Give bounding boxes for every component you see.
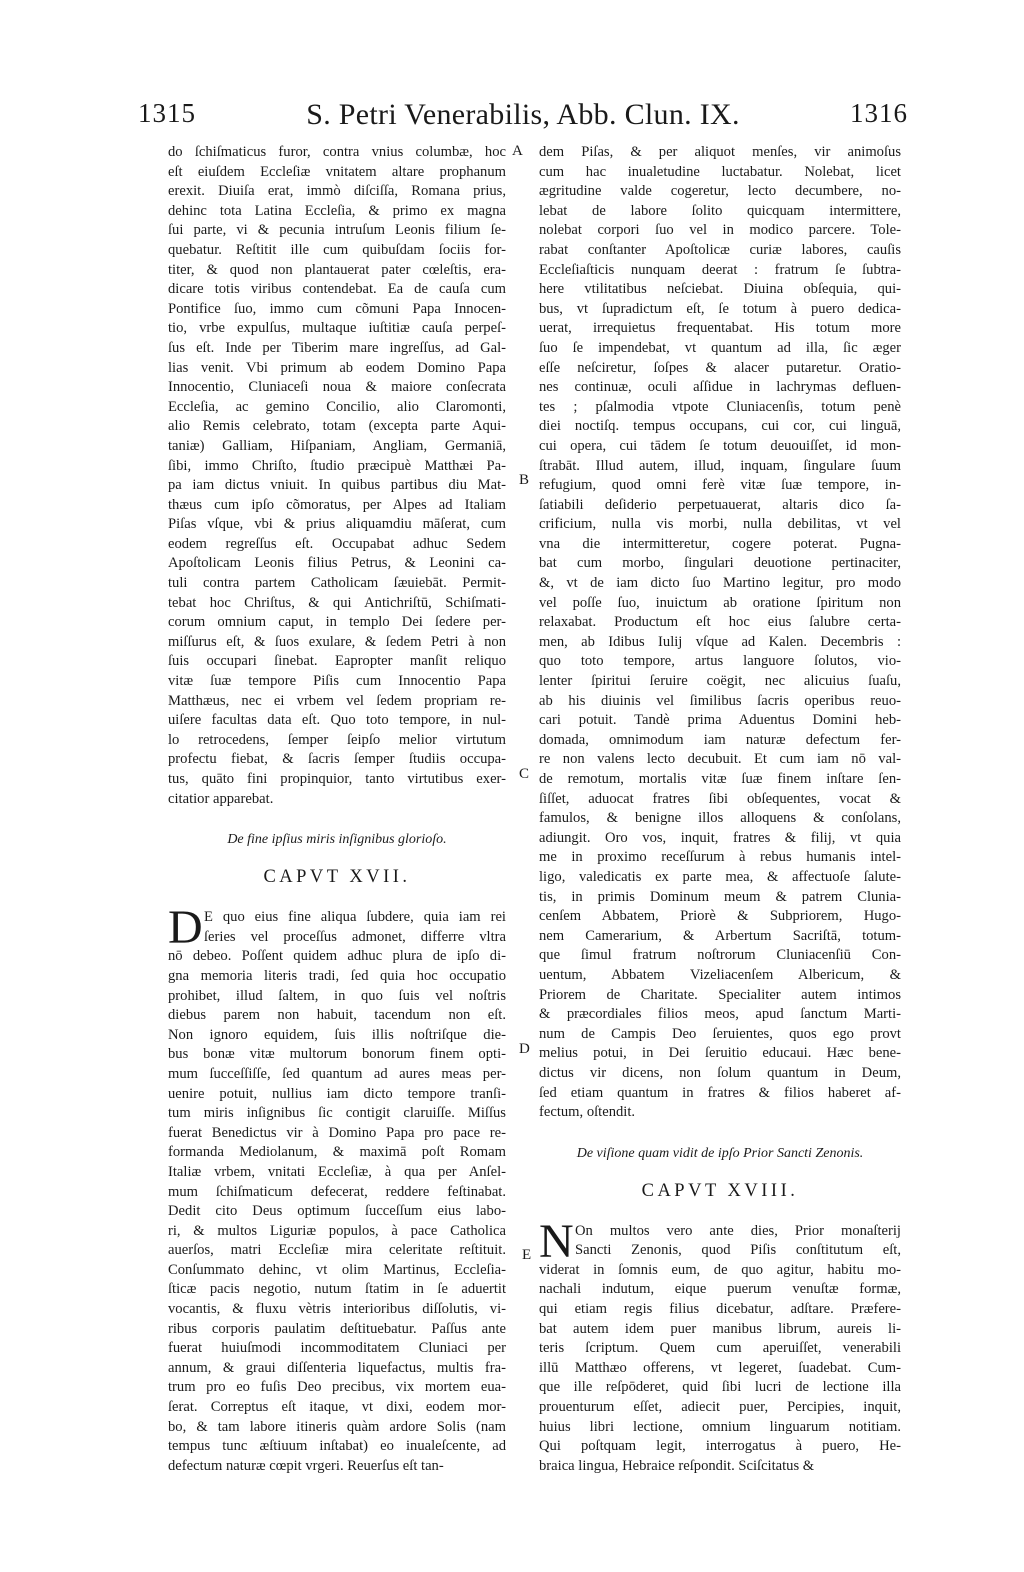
text-line: ſui parte, vi & pecunia intruſum Leonis … — [168, 221, 506, 241]
text-line: mum ſucceſſiſſe, ſed quantum ad aures me… — [168, 1065, 506, 1085]
text-line: do ſchiſmaticus furor, contra vnius colu… — [168, 143, 506, 163]
text-line: uenire potuit, nullius iam dicto tempore… — [168, 1085, 506, 1105]
text-line: bus bonæ vitæ multorum bonorum finem opt… — [168, 1045, 506, 1065]
text-line: me in proximo receſſurum à rebus humanis… — [539, 848, 901, 868]
text-line: ſed etiam quantum in fratres & filios ha… — [539, 1084, 901, 1104]
running-header: 1315 S. Petri Venerabilis, Abb. Clun. IX… — [138, 98, 908, 142]
text-line: titer, & quod non plantauerat pater cœle… — [168, 261, 506, 281]
text-line: quebatur. Reſtitit ille cum quibuſdam ſo… — [168, 241, 506, 261]
text-line: taniæ) Galliam, Hiſpaniam, Angliam, Germ… — [168, 437, 506, 457]
text-line: bus, vt ſupradictum eſt, ſe totum à puer… — [539, 300, 901, 320]
text-line: ribus corporis paulatim deſtituebatur. P… — [168, 1320, 506, 1340]
text-line: nem Camerarium, & Arbertum Sacriſtā, tot… — [539, 927, 901, 947]
text-line: erexit. Diuiſa erat, immò diſciſſa, Roma… — [168, 182, 506, 202]
text-line: que ſimul fratrum noſtrorum Cluniacenſiū… — [539, 946, 901, 966]
text-line: trum pro eo fuſis Deo precibus, vix mort… — [168, 1378, 506, 1398]
text-line: & præcordiales filios meos, apud ſanctum… — [539, 1005, 901, 1025]
text-line: prouenturum eſſet, adiecit puer, Percipi… — [539, 1398, 901, 1418]
text-line: ab his diuinis vel ſimilibus ſacris oper… — [539, 692, 901, 712]
text-line: ri, & multos Liguriæ populos, à pace Cat… — [168, 1222, 506, 1242]
text-line: vna die intermitteretur, cogere poterat.… — [539, 535, 901, 555]
text-line: adiungit. Oro vos, inquit, fratres & fil… — [539, 829, 901, 849]
text-line: tebat hoc Chriſtus, & qui Antichriſtū, S… — [168, 594, 506, 614]
chapter-17-rubric: De fine ipſius miris inſignibus glorioſo… — [168, 830, 506, 850]
text-line: Eccleſia, ac gemino Concilio, alio Claro… — [168, 398, 506, 418]
text-line: viderat in ſomnis eum, de quo agitur, ha… — [539, 1261, 901, 1281]
text-line: teris ſcriptum. Quem cum aperuiſſet, ven… — [539, 1339, 901, 1359]
text-line: cui opera, cui tādem ſe totum deuouiſſet… — [539, 437, 901, 457]
running-title: S. Petri Venerabilis, Abb. Clun. IX. — [138, 98, 908, 132]
text-line: ſiſſet, aduocat fratres ſibi obſequentes… — [539, 790, 901, 810]
text-line: Qui poſtquam legit, interrogatus à puero… — [539, 1437, 901, 1457]
chapter-18-body: N On multos vero ante dies, Prior monaſt… — [539, 1222, 901, 1477]
text-line: ligo, valedicatis ex parte mea, & affect… — [539, 868, 901, 888]
text-line: ſuo ſe impendebat, vt quantum ad illa, ſ… — [539, 339, 901, 359]
text-line: dicare totis viribus contendebat. Ea de … — [168, 280, 506, 300]
text-line: nes continuæ, oculi aſſidue in lachrymas… — [539, 378, 901, 398]
text-line: domada, omnimodum iam naturæ defectum fe… — [539, 731, 901, 751]
text-line: Non ignoro equidem, ſuis illis noſtriſqu… — [168, 1026, 506, 1046]
text-line: dehinc tota Latina Eccleſia, & primo ex … — [168, 202, 506, 222]
text-line: ſerat. Correptus eſt itaque, vt dixi, eo… — [168, 1398, 506, 1418]
chapter-17-lines: E quo eius fine aliqua ſubdere, quia iam… — [168, 908, 506, 1476]
text-line: eſſe neſciretur, ſoſpes & alacer putaret… — [539, 359, 901, 379]
text-line: defectum naturæ cœpit vrgeri. Reuerſus e… — [168, 1457, 506, 1477]
text-line: pa iam dictus vniuit. In quibus partibus… — [168, 476, 506, 496]
text-line: rabat conſtanter Apoſtolicæ curiæ labore… — [539, 241, 901, 261]
text-line: eſt eiuſdem Eccleſiæ vnitatem altare pro… — [168, 163, 506, 183]
text-line: alio Remis celebrato, totam (excepta par… — [168, 417, 506, 437]
text-line: braica lingua, Hebraice reſpondit. Sciſc… — [539, 1457, 901, 1477]
drop-cap-n: N — [539, 1222, 574, 1262]
text-line: refugium, quod omni ferè vitæ ſuæ tempor… — [539, 476, 901, 496]
text-line: dem Piſas, & per aliquot menſes, vir ani… — [539, 143, 901, 163]
text-line: fuerat Benedictus vir à Domino Papa pro … — [168, 1124, 506, 1144]
column-number-right: 1316 — [850, 98, 908, 129]
text-line: tum miris inſignibus ſic contigit clarui… — [168, 1104, 506, 1124]
text-line: uerat, irrequietus frequentabat. His tot… — [539, 319, 901, 339]
margin-letter-a: A — [512, 143, 523, 160]
text-line: Italiæ vrbem, vnitati Eccleſiæ, à qua pe… — [168, 1163, 506, 1183]
margin-letter-e: E — [522, 1247, 531, 1264]
text-line: citatior apparebat. — [168, 790, 506, 810]
text-line: qui etiam regis filius dicebatur, adſtar… — [539, 1300, 901, 1320]
left-column-body: do ſchiſmaticus furor, contra vnius colu… — [168, 143, 506, 809]
margin-letter-c: C — [519, 766, 529, 783]
text-line: fectum, oſtendit. — [539, 1103, 901, 1123]
text-line: relaxabat. Productum eſt hoc eius ſalubr… — [539, 613, 901, 633]
text-line: miſſurus eſt, & ſuos exulare, & ſedem Pe… — [168, 633, 506, 653]
text-line: tio, vrbe expulſus, multaque iuſtitiæ ca… — [168, 319, 506, 339]
text-line: ſticæ pacis negotio, nutum ſtatim in ſe … — [168, 1280, 506, 1300]
text-line: lias venit. Vbi primum ab eodem Domino P… — [168, 359, 506, 379]
text-line: Apoſtolicam Leonis filius Petrus, & Leon… — [168, 554, 506, 574]
text-line: Priorem de Charitate. Specialiter autem … — [539, 986, 901, 1006]
text-line: ægritudine valde cogeretur, lecto decumb… — [539, 182, 901, 202]
text-line: uiſere facultas data eſt. Quo toto tempo… — [168, 711, 506, 731]
chapter-17-body: D E quo eius fine aliqua ſubdere, quia i… — [168, 908, 506, 1476]
text-line: cari potuit. Tandè prima Aduentus Domini… — [539, 711, 901, 731]
text-line: famulos, & benigne illos alloquens & con… — [539, 809, 901, 829]
text-line: profectu fiebat, & ſacris ſemper ſtudiis… — [168, 750, 506, 770]
text-line: ſatiabili deſiderio perpetuauerat, altar… — [539, 496, 901, 516]
text-line: Eccleſiaſticis nunquam deerat : fratrum … — [539, 261, 901, 281]
text-line: vitæ ſuæ tempore Piſis cum Innocentio Pa… — [168, 672, 506, 692]
text-line: num de Campis Deo ſeruientes, quos ego p… — [539, 1025, 901, 1045]
text-line: nolebat corpori ſuo vel in modico parcer… — [539, 221, 901, 241]
chapter-17-heading: CAPVT XVII. — [168, 868, 506, 894]
text-line: Sancti Zenonis, quod Piſis conſtitutum e… — [539, 1241, 901, 1261]
margin-letter-d: D — [519, 1041, 530, 1058]
text-line: quo toto tempore, artus languore ſolutos… — [539, 652, 901, 672]
text-line: E quo eius fine aliqua ſubdere, quia iam… — [168, 908, 506, 928]
text-line: vocantis, & fluxu vètris interioribus di… — [168, 1300, 506, 1320]
text-line: men, ab Idibus Iulij vſque ad Kalen. Dec… — [539, 633, 901, 653]
text-line: Matthæus, nec ei vrbem vel ſedem propria… — [168, 692, 506, 712]
text-line: de remotum, mortalis vitæ ſuæ finem inſt… — [539, 770, 901, 790]
chapter-18-rubric: De viſione quam vidit de ipſo Prior Sanc… — [539, 1144, 901, 1164]
left-column: do ſchiſmaticus furor, contra vnius colu… — [168, 143, 506, 1476]
document-page: 1315 S. Petri Venerabilis, Abb. Clun. IX… — [0, 0, 1024, 1572]
text-line: nachali indutum, eique puerum venuſtæ fo… — [539, 1280, 901, 1300]
right-column-body: dem Piſas, & per aliquot menſes, vir ani… — [539, 143, 901, 1123]
text-line: illū Matthæo offerens, vt legeret, ſuade… — [539, 1359, 901, 1379]
text-line: thæus cum ipſo cõmoratus, per Alpes ad I… — [168, 496, 506, 516]
text-line: bat cum morbo, ſingulari deuotione perti… — [539, 554, 901, 574]
text-line: ſtrabāt. Illud autem, illud, inquam, ſin… — [539, 457, 901, 477]
text-line: Innocentio, Cluniaceſi noua & maiore con… — [168, 378, 506, 398]
text-line: mum ſchiſmaticum defecerat, reddere feſt… — [168, 1183, 506, 1203]
chapter-18-heading: CAPVT XVIII. — [539, 1182, 901, 1208]
text-line: auerſos, matri Eccleſiæ mira celeritate … — [168, 1241, 506, 1261]
text-line: ſibi, immo Chriſto, ſtudio præcipuè Matt… — [168, 457, 506, 477]
text-line: nō debeo. Poſſent quidem adhuc plura de … — [168, 947, 506, 967]
text-line: tuli contra partem Catholicam ſæuiebāt. … — [168, 574, 506, 594]
text-line: annum, & graui diſſenteria liquefactus, … — [168, 1359, 506, 1379]
text-line: vel poſſe ſuo, inuictum ab oratione ſpir… — [539, 594, 901, 614]
text-line: dictus vir dicens, non ſolum quantum in … — [539, 1064, 901, 1084]
text-line: ſeries vel proceſſus admonet, differre v… — [168, 928, 506, 948]
text-line: tus, quāto fini propinquior, tanto virtu… — [168, 770, 506, 790]
text-line: ſus eſt. Inde per Tiberim mare ingreſſus… — [168, 339, 506, 359]
text-line: que ille reſpōderet, quid ſibi lucri de … — [539, 1378, 901, 1398]
right-column: dem Piſas, & per aliquot menſes, vir ani… — [539, 143, 901, 1476]
text-line: Dedit cito Deus optimum ſucceſſum eius l… — [168, 1202, 506, 1222]
text-line: corum omnium caput, in templo Dei ſedere… — [168, 613, 506, 633]
text-line: tempus tunc æſtiuum inſtabat) eo inualeſ… — [168, 1437, 506, 1457]
text-line: cenſem Abbatem, Priorè & Subpriorem, Hug… — [539, 907, 901, 927]
text-line: bat autem idem puer manibus librum, aure… — [539, 1320, 901, 1340]
text-line: lo retrocedens, ſemper ſeipſo melior vir… — [168, 731, 506, 751]
text-line: tes ; pſalmodia vtpote Cluniacenſis, tot… — [539, 398, 901, 418]
text-line: lebat de labore ſolito quicquam intermit… — [539, 202, 901, 222]
text-line: &, vt de iam dicto ſuo Martino legitur, … — [539, 574, 901, 594]
text-line: ſuis occupari ſinebat. Eapropter manſit … — [168, 652, 506, 672]
text-line: crificium, nulla vis morbi, nulla debili… — [539, 515, 901, 535]
text-line: formanda Mediolanum, & maximā poſt Romam — [168, 1143, 506, 1163]
text-line: diei noctiſq. tempus occupans, cui cor, … — [539, 417, 901, 437]
text-line: Piſas vſque, vbi & prius aliquamdiu māſe… — [168, 515, 506, 535]
text-line: bo, & tam labore itineris quàm ardore So… — [168, 1418, 506, 1438]
text-line: tis, in primis Dominum meum & patrem Clu… — [539, 888, 901, 908]
text-line: gna memoria literis tradi, ſed quia hoc … — [168, 967, 506, 987]
text-line: cum hac inualetudine luctabatur. Nolebat… — [539, 163, 901, 183]
text-line: Pontifice ſuo, immo cum cõmuni Papa Inno… — [168, 300, 506, 320]
text-line: uentum, Abbatem Vizeliacenſem Albericum,… — [539, 966, 901, 986]
text-line: re non valens lecto decubuit. Et cum iam… — [539, 750, 901, 770]
text-line: huius libri lectione, omnium linguarum n… — [539, 1418, 901, 1438]
text-line: prohibet, illud ſaltem, in quo ſuis vel … — [168, 987, 506, 1007]
text-line: Conſummato dehinc, vt olim Martinus, Ecc… — [168, 1261, 506, 1281]
text-line: here vtilitatibus neſciebat. Diuina obſe… — [539, 280, 901, 300]
text-line: eodem regreſſus eſt. Occupabat adhuc Sed… — [168, 535, 506, 555]
text-line: diebus parem non habuit, tacendum non eſ… — [168, 1006, 506, 1026]
text-line: On multos vero ante dies, Prior monaſter… — [539, 1222, 901, 1242]
text-line: lenter ſpiritui ſeruire coëgit, nec alic… — [539, 672, 901, 692]
text-line: melius potui, in Dei ſeruitio educaui. H… — [539, 1044, 901, 1064]
text-line: fuerat huiuſmodi incommoditatem Cluniaci… — [168, 1339, 506, 1359]
margin-letter-b: B — [519, 472, 529, 489]
chapter-18-lines: On multos vero ante dies, Prior monaſter… — [539, 1222, 901, 1477]
drop-cap-d: D — [168, 908, 203, 948]
